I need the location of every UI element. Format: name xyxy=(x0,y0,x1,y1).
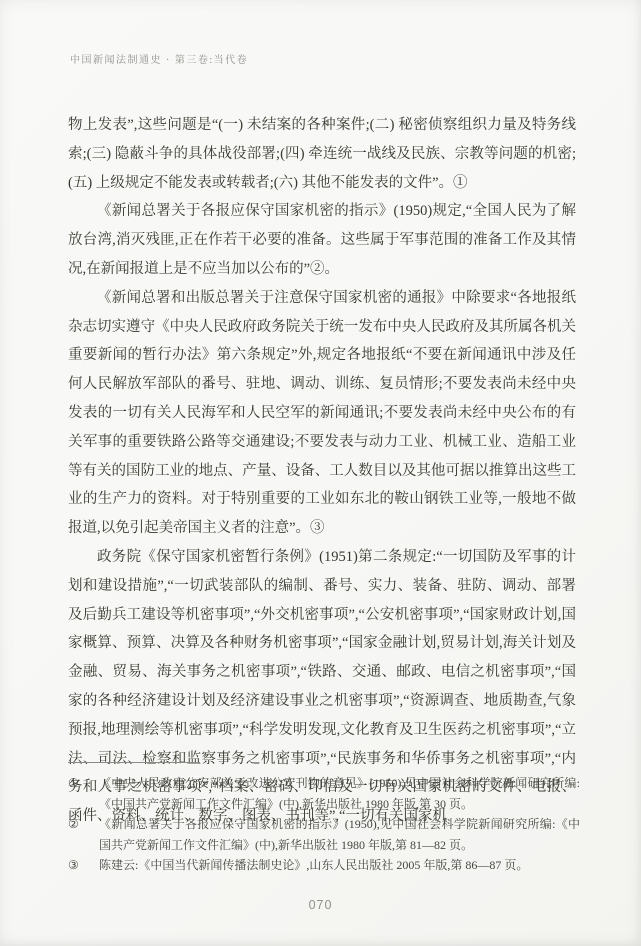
body-text-column: 物上发表”,这些问题是“(一) 未结案的各种案件;(二) 秘密侦察组织力量及特务… xyxy=(68,111,576,831)
footnote-marker: ③ xyxy=(68,855,99,876)
body-paragraph: 物上发表”,这些问题是“(一) 未结案的各种案件;(二) 秘密侦察组织力量及特务… xyxy=(68,111,576,197)
footnote-marker: ① xyxy=(68,773,99,814)
footnote-item: ② 《新闻总署关于各报应保守国家机密的指示》(1950),见中国社会科学院新闻研… xyxy=(68,814,580,855)
footnote-area: ① 《中央人民政府公安部关于改进公安刊物的意见》(1950),见中国社会科学院新… xyxy=(68,762,580,876)
book-page: 中国新闻法制通史 · 第三卷:当代卷 物上发表”,这些问题是“(一) 未结案的各… xyxy=(0,0,641,946)
body-paragraph: 《新闻总署关于各报应保守国家机密的指示》(1950)规定,“全国人民为了解放台湾… xyxy=(68,197,576,283)
footnote-text: 《新闻总署关于各报应保守国家机密的指示》(1950),见中国社会科学院新闻研究所… xyxy=(99,814,580,855)
footnote-item: ③ 陈建云:《中国当代新闻传播法制史论》,山东人民出版社 2005 年版,第 8… xyxy=(68,855,580,876)
footnote-item: ① 《中央人民政府公安部关于改进公安刊物的意见》(1950),见中国社会科学院新… xyxy=(68,773,580,814)
body-paragraph: 《新闻总署和出版总署关于注意保守国家机密的通报》中除要求“各地报纸杂志切实遵守《… xyxy=(68,284,576,543)
footnote-marker: ② xyxy=(68,814,99,855)
footnote-text: 《中央人民政府公安部关于改进公安刊物的意见》(1950),见中国社会科学院新闻研… xyxy=(99,773,580,814)
footnote-text: 陈建云:《中国当代新闻传播法制史论》,山东人民出版社 2005 年版,第 86—… xyxy=(99,855,580,876)
page-number: 070 xyxy=(0,898,641,912)
footnote-separator xyxy=(68,762,200,763)
running-header: 中国新闻法制通史 · 第三卷:当代卷 xyxy=(70,51,248,66)
